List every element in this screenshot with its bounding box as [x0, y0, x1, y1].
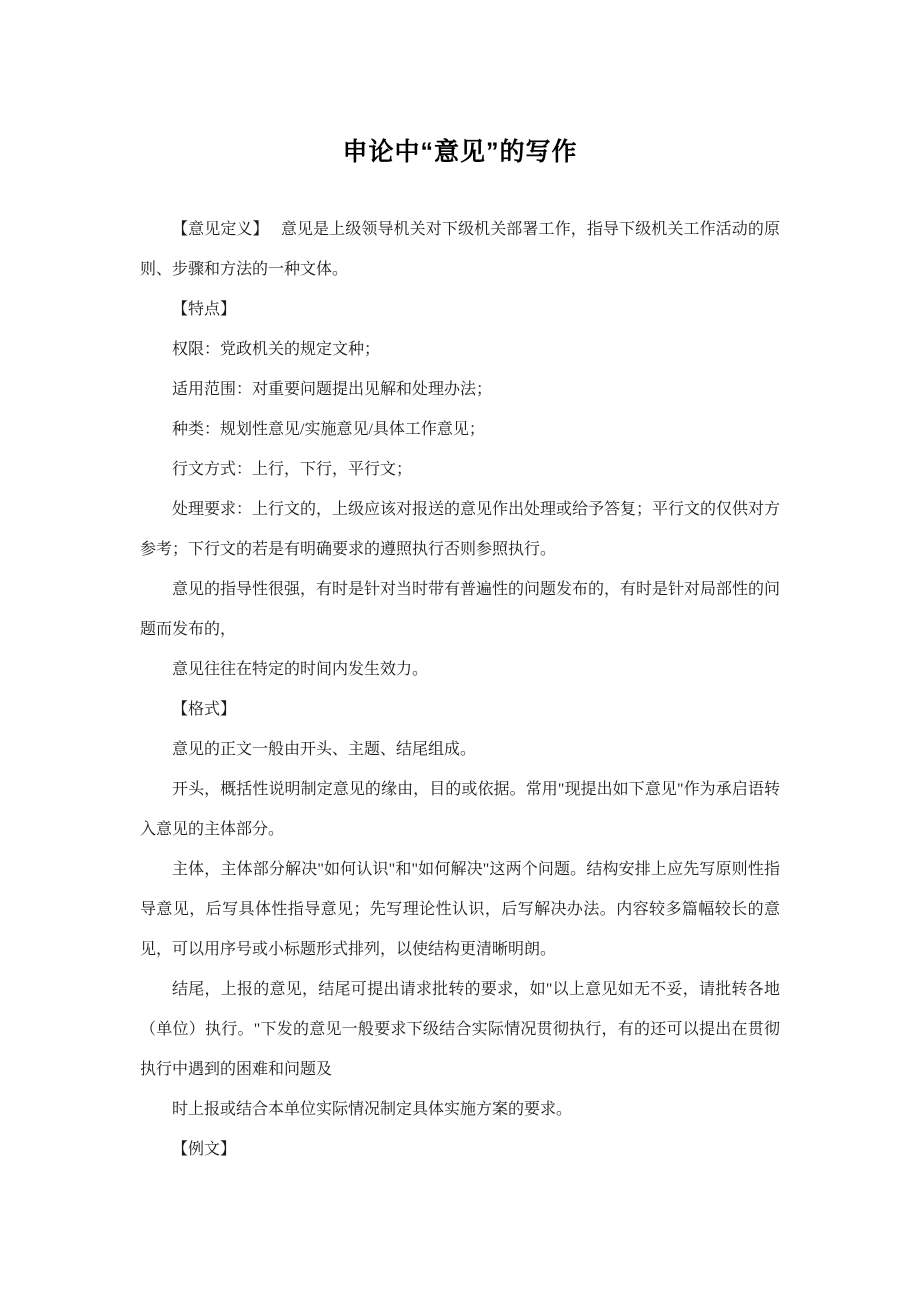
- paragraph: 结尾，上报的意见，结尾可提出请求批转的要求，如"以上意见如无不妥，请批转各地（单…: [140, 970, 780, 1090]
- paragraph: 【格式】: [140, 690, 780, 730]
- paragraph: 【特点】: [140, 290, 780, 330]
- paragraph: 【意见定义】 意见是上级领导机关对下级机关部署工作，指导下级机关工作活动的原则、…: [140, 210, 780, 290]
- paragraph: 行文方式：上行，下行，平行文；: [140, 450, 780, 490]
- paragraph: 意见的正文一般由开头、主题、结尾组成。: [140, 730, 780, 770]
- paragraph: 意见的指导性很强，有时是针对当时带有普遍性的问题发布的，有时是针对局部性的问题而…: [140, 570, 780, 650]
- paragraph: 时上报或结合本单位实际情况制定具体实施方案的要求。: [140, 1090, 780, 1130]
- paragraph: 【例文】: [140, 1130, 780, 1170]
- paragraph: 主体，主体部分解决"如何认识"和"如何解决"这两个问题。结构安排上应先写原则性指…: [140, 850, 780, 970]
- paragraph: 适用范围：对重要问题提出见解和处理办法；: [140, 370, 780, 410]
- document-body: 【意见定义】 意见是上级领导机关对下级机关部署工作，指导下级机关工作活动的原则、…: [0, 210, 920, 1170]
- paragraph: 开头，概括性说明制定意见的缘由，目的或依据。常用"现提出如下意见"作为承启语转入…: [140, 770, 780, 850]
- paragraph: 处理要求：上行文的，上级应该对报送的意见作出处理或给予答复；平行文的仅供对方参考…: [140, 490, 780, 570]
- paragraph: 意见往往在特定的时间内发生效力。: [140, 650, 780, 690]
- paragraph: 种类：规划性意见/实施意见/具体工作意见；: [140, 410, 780, 450]
- document-title: 申论中“意见”的写作: [0, 0, 920, 168]
- paragraph: 权限：党政机关的规定文种；: [140, 330, 780, 370]
- document-page: 申论中“意见”的写作 【意见定义】 意见是上级领导机关对下级机关部署工作，指导下…: [0, 0, 920, 1302]
